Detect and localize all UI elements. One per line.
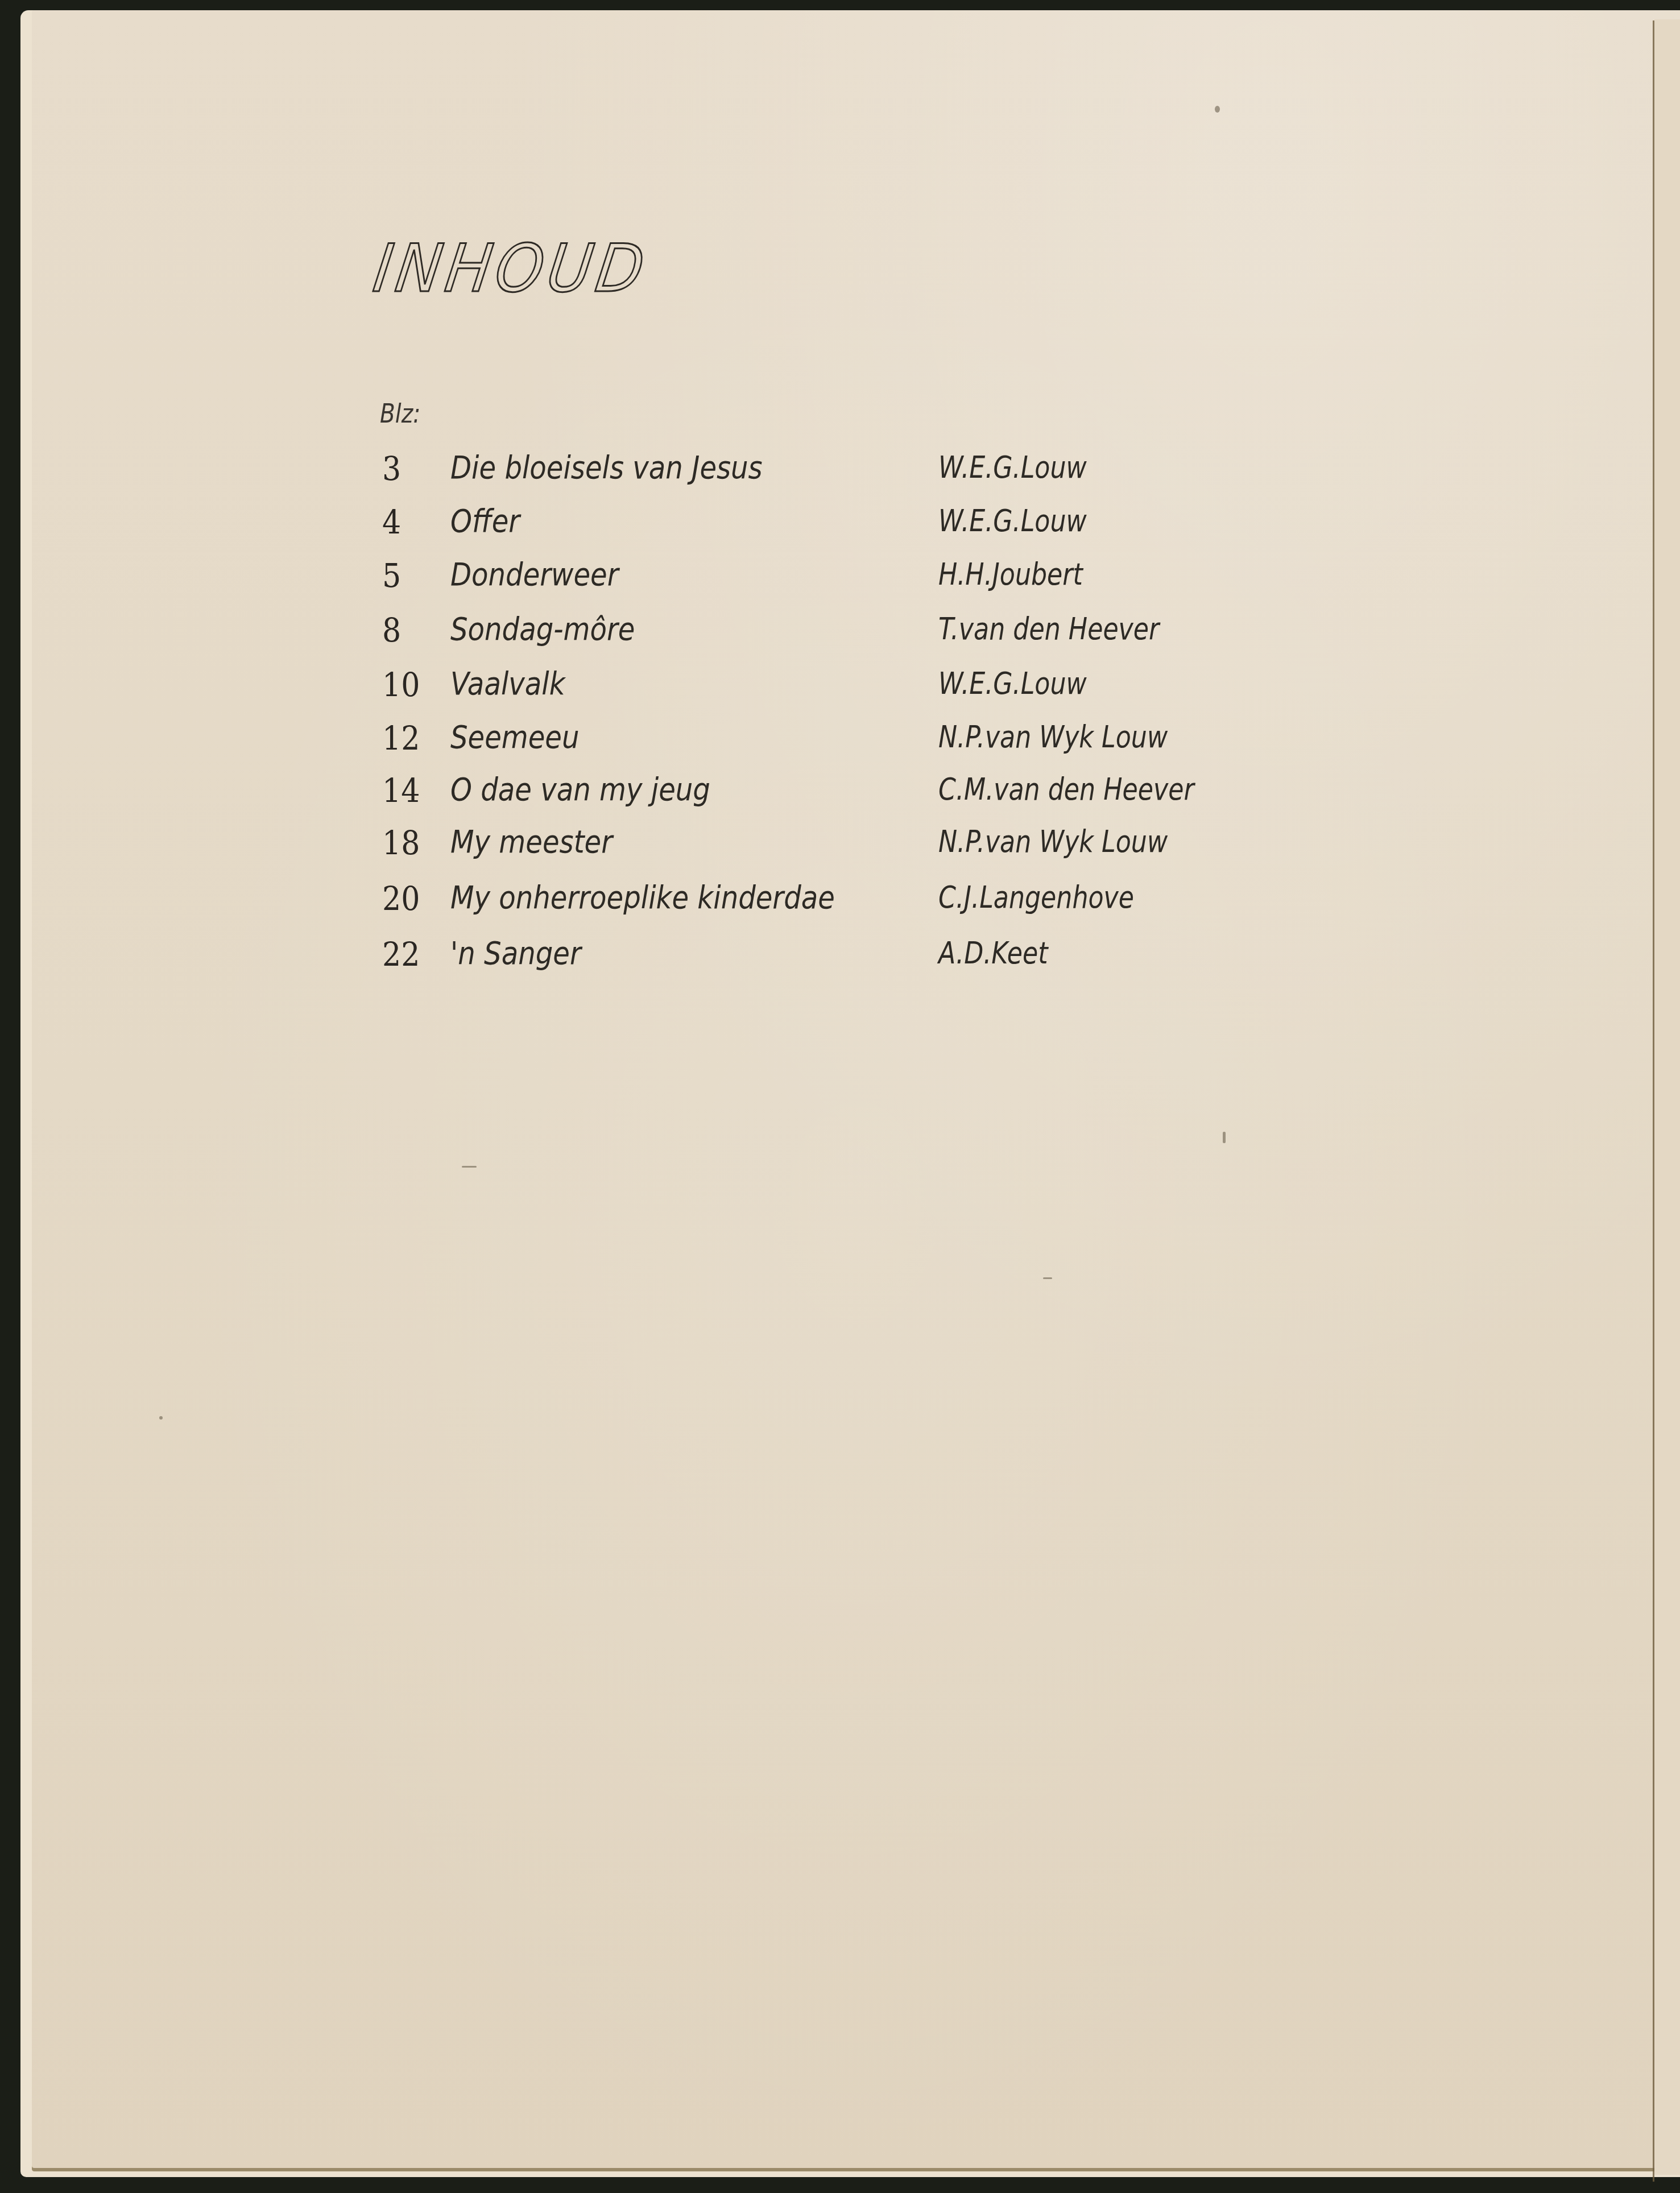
toc-entry: 8 Sondag-môre T.van den Heever	[0, 611, 1680, 656]
toc-page-number: 18	[382, 824, 420, 862]
toc-title: Die bloeisels van Jesus	[450, 449, 763, 486]
toc-page-number: 8	[382, 611, 401, 649]
toc-entry: 5 Donderweer H.H.Joubert	[0, 556, 1680, 602]
toc-title: Seemeeu	[450, 719, 580, 756]
toc-author: N.P.van Wyk Louw	[938, 719, 1168, 755]
toc-author: C.M.van den Heever	[938, 771, 1194, 807]
toc-author: N.P.van Wyk Louw	[938, 824, 1168, 859]
toc-page-number: 5	[382, 556, 401, 595]
toc-entry: 18 My meester N.P.van Wyk Louw	[0, 824, 1680, 869]
toc-title: Vaalvalk	[450, 665, 565, 702]
toc-entry: 10 Vaalvalk W.E.G.Louw	[0, 665, 1680, 711]
toc-title: O dae van my jeug	[450, 771, 710, 808]
toc-entry: 4 Offer W.E.G.Louw	[0, 503, 1680, 548]
toc-page-number: 12	[382, 719, 420, 758]
toc-title: Sondag-môre	[450, 611, 635, 648]
toc-entry: 3 Die bloeisels van Jesus W.E.G.Louw	[0, 449, 1680, 495]
page-column-label: Blz:	[380, 398, 420, 429]
toc-page-number: 20	[382, 879, 420, 918]
table-of-contents: INHOUD Blz: 3 Die bloeisels van Jesus W.…	[0, 0, 1680, 2193]
toc-author: W.E.G.Louw	[938, 449, 1087, 485]
toc-page-number: 4	[382, 503, 401, 541]
toc-author: H.H.Joubert	[938, 556, 1083, 592]
toc-title: 'n Sanger	[450, 935, 581, 972]
toc-author: A.D.Keet	[938, 935, 1048, 971]
toc-entry: 22 'n Sanger A.D.Keet	[0, 935, 1680, 980]
toc-page-number: 14	[382, 771, 420, 810]
toc-author: W.E.G.Louw	[938, 503, 1087, 539]
toc-page-number: 22	[382, 935, 420, 974]
toc-entry: 20 My onherroeplike kinderdae C.J.Langen…	[0, 879, 1680, 925]
toc-title: My meester	[450, 824, 613, 860]
toc-entry: 14 O dae van my jeug C.M.van den Heever	[0, 771, 1680, 817]
toc-author: C.J.Langenhove	[938, 879, 1134, 915]
toc-title: Offer	[450, 503, 520, 540]
toc-author: W.E.G.Louw	[938, 665, 1087, 701]
toc-title: My onherroeplike kinderdae	[450, 879, 835, 916]
toc-author: T.van den Heever	[938, 611, 1159, 647]
toc-page-number: 10	[382, 665, 420, 704]
scanned-page: INHOUD Blz: 3 Die bloeisels van Jesus W.…	[0, 0, 1680, 2193]
toc-page-number: 3	[382, 449, 401, 488]
toc-entry: 12 Seemeeu N.P.van Wyk Louw	[0, 719, 1680, 764]
page-title: INHOUD	[369, 230, 653, 307]
toc-title: Donderweer	[450, 556, 619, 593]
